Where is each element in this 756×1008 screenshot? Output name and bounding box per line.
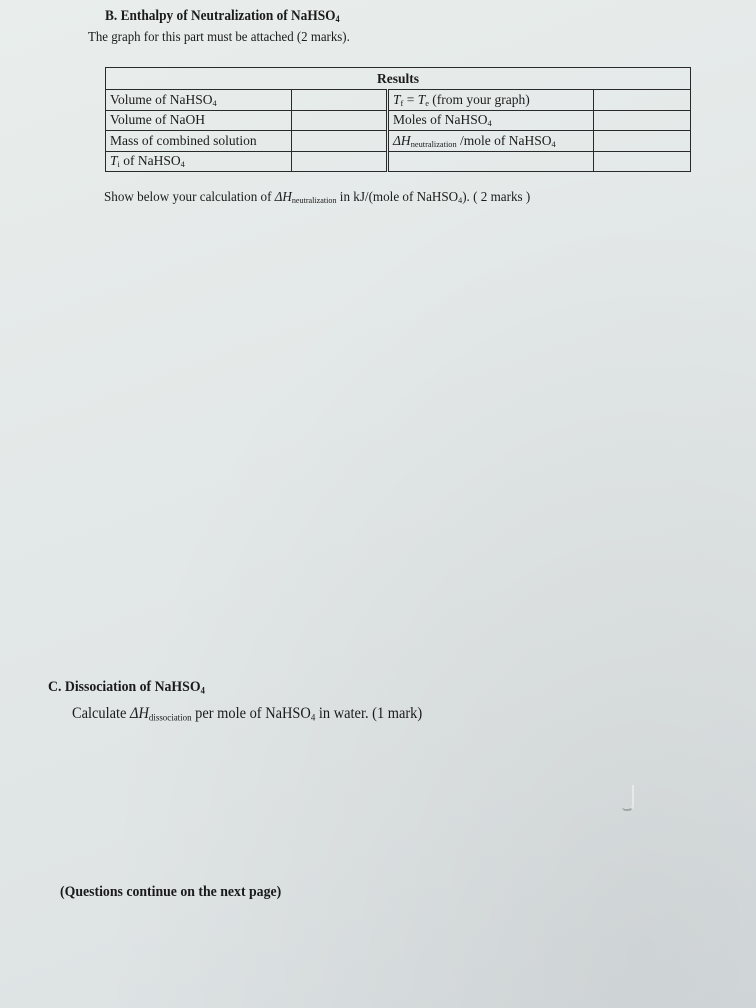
input-dh-neutralization[interactable] xyxy=(594,131,691,152)
row-label-ti-nahso4: Ti of NaHSO4 xyxy=(106,151,292,172)
calculation-prompt: Show below your calculation of ΔHneutral… xyxy=(104,189,530,205)
row-label-moles-nahso4: Moles of NaHSO4 xyxy=(388,110,594,131)
paper-crease-mark xyxy=(622,785,634,811)
section-b-heading-text: B. Enthalpy of Neutralization of NaHSO xyxy=(105,8,336,24)
dissociation-prompt: Calculate ΔHdissociation per mole of NaH… xyxy=(72,705,422,723)
table-row: Volume of NaHSO4 Tf = Te (from your grap… xyxy=(106,90,691,111)
row-label-tf-te: Tf = Te (from your graph) xyxy=(388,90,594,111)
input-volume-naoh[interactable] xyxy=(292,110,388,131)
section-b-heading: B. Enthalpy of Neutralization of NaHSO4 xyxy=(105,8,340,25)
input-moles-nahso4[interactable] xyxy=(594,110,691,131)
row-label-volume-naoh: Volume of NaOH xyxy=(106,110,292,131)
continue-note: (Questions continue on the next page) xyxy=(60,884,281,901)
graph-instruction: The graph for this part must be attached… xyxy=(88,30,350,46)
input-volume-nahso4[interactable] xyxy=(292,90,388,111)
input-empty[interactable] xyxy=(594,151,691,172)
row-label-volume-nahso4: Volume of NaHSO4 xyxy=(106,90,292,111)
row-label-dh-neutralization: ΔHneutralization /mole of NaHSO4 xyxy=(388,131,594,152)
input-tf-te[interactable] xyxy=(594,90,691,111)
subscript: 4 xyxy=(336,14,340,24)
results-table: Results Volume of NaHSO4 Tf = Te (from y… xyxy=(105,67,691,172)
section-c-heading: C. Dissociation of NaHSO4 xyxy=(48,679,205,696)
calculation-answer-area[interactable] xyxy=(100,215,700,665)
input-ti-nahso4[interactable] xyxy=(292,151,388,172)
table-row: Mass of combined solution ΔHneutralizati… xyxy=(106,131,691,152)
table-row: Ti of NaHSO4 xyxy=(106,151,691,172)
table-row: Volume of NaOH Moles of NaHSO4 xyxy=(106,110,691,131)
row-label-empty xyxy=(388,151,594,172)
input-mass-combined[interactable] xyxy=(292,131,388,152)
results-table-title: Results xyxy=(106,68,691,90)
row-label-mass-combined: Mass of combined solution xyxy=(106,131,292,152)
dissociation-answer-area[interactable] xyxy=(70,730,670,870)
